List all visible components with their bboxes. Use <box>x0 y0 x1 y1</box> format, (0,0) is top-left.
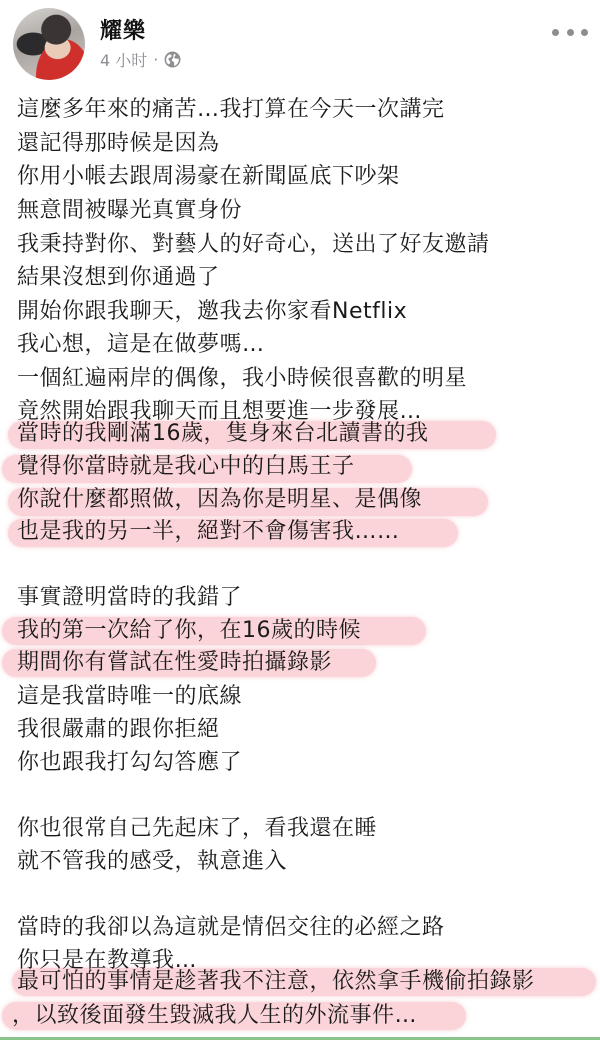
post-meta: 4 小时 · <box>100 48 181 71</box>
post-line-highlighted: 當時的我剛滿16歲，隻身來台北讀書的我 <box>17 418 429 450</box>
post-line: 我秉持對你、對藝人的好奇心，送出了好友邀請 <box>17 229 490 261</box>
post-line: 你也跟我打勾勾答應了 <box>17 747 242 779</box>
post-line: 當時的我卻以為這就是情侶交往的必經之路 <box>17 912 445 944</box>
post-line-highlighted: 你說什麼都照做，因為你是明星、是偶像 <box>17 484 422 516</box>
post-line-highlighted: ，以致後面發生毀滅我人生的外流事件… <box>12 1000 417 1032</box>
post-line: 我心想，這是在做夢嗎… <box>17 329 265 361</box>
avatar[interactable] <box>13 8 85 80</box>
post-line: 你也很常自己先起床了，看我還在睡 <box>17 813 377 845</box>
post-line: 事實證明當時的我錯了 <box>17 582 242 614</box>
post-line: 我很嚴肅的跟你拒絕 <box>17 714 220 746</box>
more-dot <box>581 29 588 36</box>
post-line: 無意間被曝光真實身份 <box>17 195 242 227</box>
post-line: 這是我當時唯一的底線 <box>17 681 242 713</box>
post-line: 開始你跟我聊天，邀我去你家看Netflix <box>17 296 407 328</box>
post-line: 你用小帳去跟周湯豪在新聞區底下吵架 <box>17 161 400 193</box>
post-line: 這麼多年來的痛苦…我打算在今天一次講完 <box>17 94 445 126</box>
post-time[interactable]: 4 小时 <box>100 48 147 71</box>
post-line-highlighted: 期間你有嘗試在性愛時拍攝錄影 <box>17 647 332 679</box>
author-name[interactable]: 耀樂 <box>100 14 146 45</box>
post-line: 結果沒想到你通過了 <box>17 262 220 294</box>
globe-icon[interactable] <box>164 51 181 68</box>
post-line: 就不管我的感受，執意進入 <box>17 846 287 878</box>
post-line-highlighted: 最可怕的事情是趁著我不注意，依然拿手機偷拍錄影 <box>17 966 535 998</box>
post-line-highlighted: 覺得你當時就是我心中的白馬王子 <box>17 451 355 483</box>
more-options-button[interactable] <box>552 22 588 42</box>
meta-separator: · <box>153 50 158 69</box>
post-line-highlighted: 我的第一次給了你，在16歲的時候 <box>17 615 361 647</box>
more-dot <box>567 29 574 36</box>
post-header: 耀樂 4 小时 · <box>0 0 600 90</box>
more-horizontal-icon <box>552 29 559 36</box>
post-line: 還記得那時候是因為 <box>17 128 220 160</box>
post-line-highlighted: 也是我的另一半，絕對不會傷害我…… <box>17 516 400 548</box>
post-line: 一個紅遍兩岸的偶像，我小時候很喜歡的明星 <box>17 363 467 395</box>
